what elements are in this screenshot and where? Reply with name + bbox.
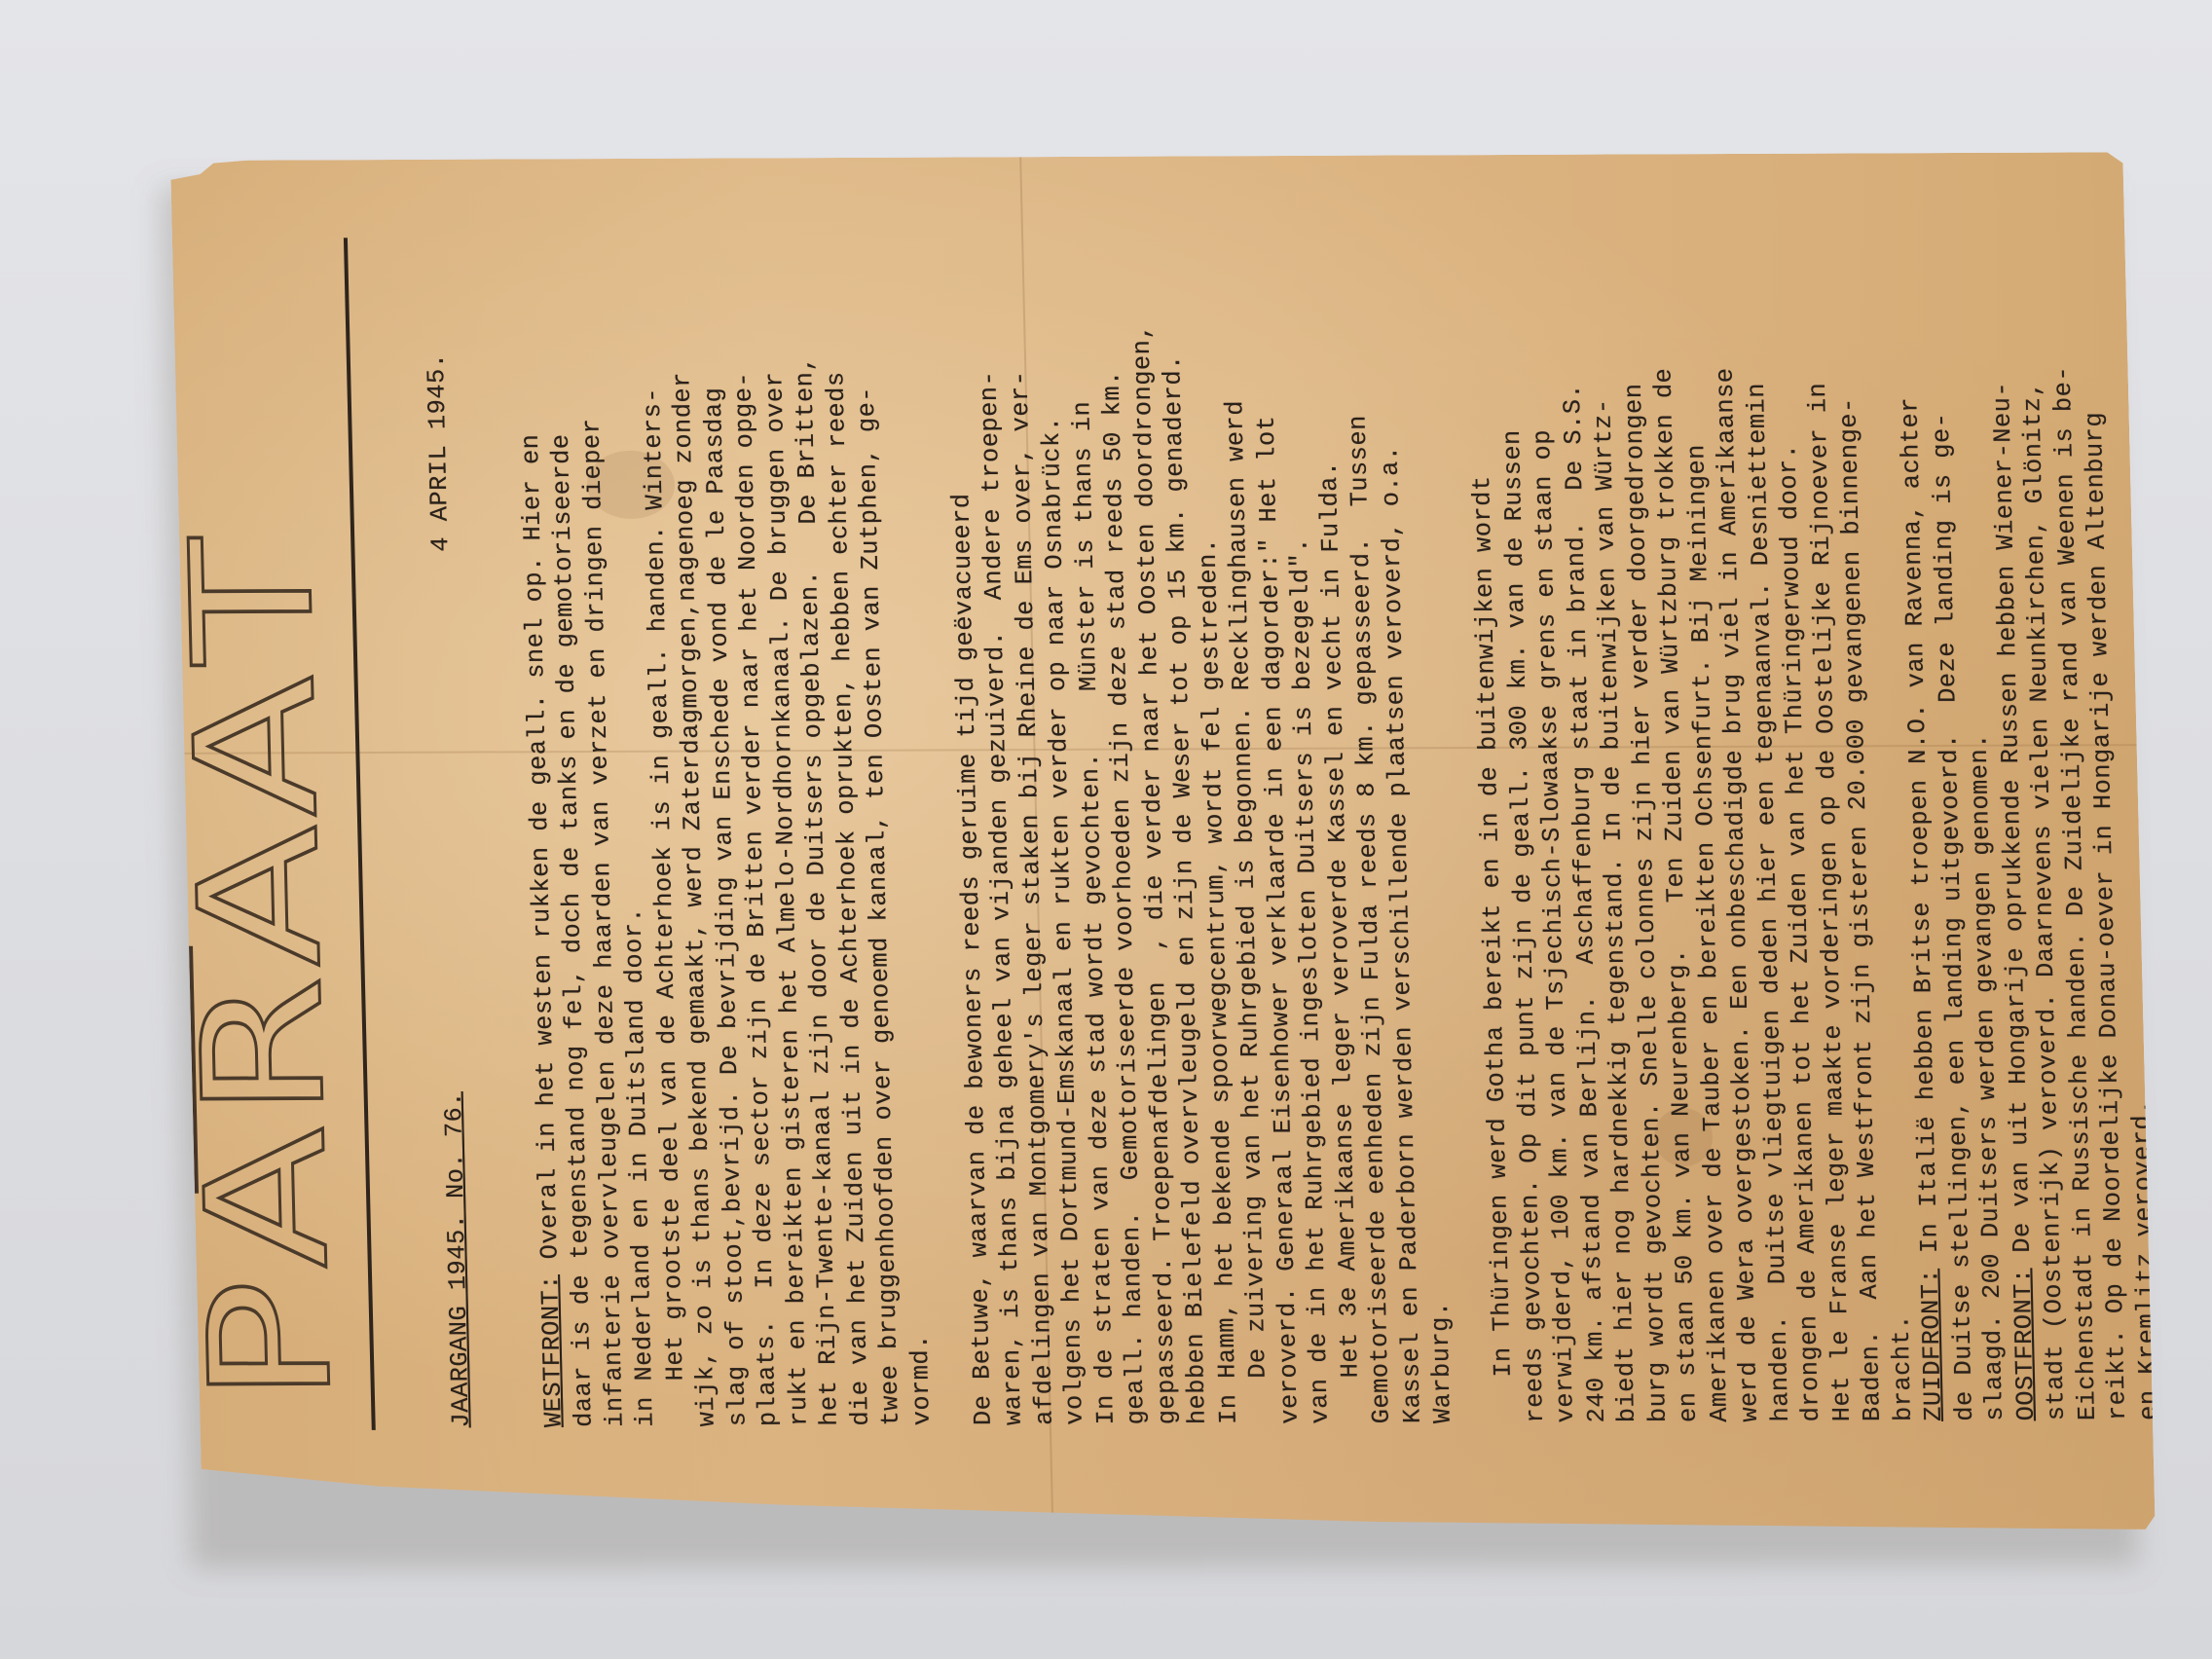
section-heading: WESTFRONT: — [536, 1274, 569, 1427]
issue-line: JAARGANG 1945. No. 76.4 APRIL 1945. — [419, 221, 478, 1428]
section-heading: ZUIDFRONT: — [1916, 1269, 1948, 1421]
masthead-letter: A — [172, 675, 341, 817]
section-heading: OOSTFRONT: — [2009, 1268, 2041, 1420]
masthead-title: PARAAT — [218, 551, 354, 1392]
issue-date: 4 APRIL 1945. — [422, 353, 457, 552]
masthead-letter: A — [183, 1127, 351, 1270]
line-text: vormd. — [905, 1334, 936, 1425]
section-heading: VERRE OOSTEN: — [2160, 1222, 2194, 1420]
masthead-letter: R — [180, 975, 350, 1119]
text-line: LUCHTACTIES: De geall. luchtmacht blijft… — [2197, 213, 2212, 1420]
line-text: Warburg. — [1426, 1301, 1457, 1423]
text-line: afstand van Borneo, geland. — [2166, 213, 2212, 1420]
newsletter-sheet: PARAAT JAARGANG 1945. No. 76.4 APRIL 194… — [170, 152, 2156, 1537]
line-text: De Amerikanen zijn op het eiland Sawitaw… — [2142, 412, 2189, 1206]
issue-number: JAARGANG 1945. No. 76. — [440, 1091, 476, 1427]
masthead-letter: A — [176, 825, 345, 967]
rotated-page: PARAAT JAARGANG 1945. No. 76.4 APRIL 194… — [170, 152, 2156, 1537]
line-text: en Kremlitz veroverd. — [2127, 1099, 2163, 1420]
line-text: bracht. — [1887, 1314, 1918, 1421]
article-body: JAARGANG 1945. No. 76.4 APRIL 1945. WEST… — [357, 212, 2212, 1428]
masthead-letter: P — [187, 1279, 355, 1405]
masthead-letter: T — [169, 538, 338, 666]
line-text: afstand van Borneo, geland. — [2187, 1008, 2212, 1420]
line-text: De geall. luchtmacht blijft Berlijn elke… — [2202, 396, 2212, 1222]
